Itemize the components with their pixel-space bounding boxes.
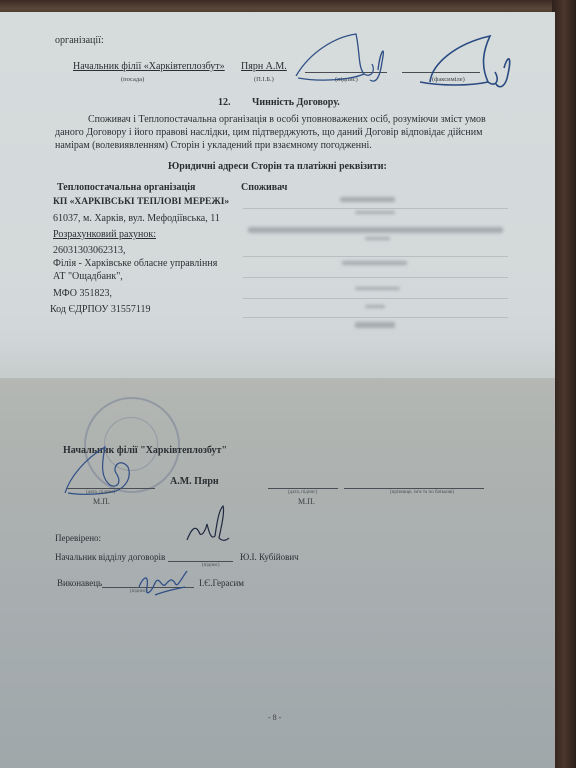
page-number: - 8 - bbox=[268, 714, 281, 722]
header-position: Начальник філії «Харківтеплозбут» bbox=[73, 62, 225, 72]
consumer-name-caption: (прізвище, ім'я та по батькові) bbox=[390, 490, 454, 495]
head-signature-caption: (підпис) bbox=[202, 563, 220, 568]
executor-signature bbox=[135, 567, 195, 602]
supplier-bank-line1: Філія - Харківське обласне управління bbox=[53, 259, 217, 269]
executor-name: І.Є.Герасим bbox=[199, 579, 244, 588]
section-title: Чинність Договору. bbox=[252, 98, 340, 108]
consumer-name-line bbox=[344, 488, 484, 489]
header-name: Пярн А.М. bbox=[241, 62, 287, 72]
supplier-edrpou: Код ЄДРПОУ 31557119 bbox=[50, 305, 151, 315]
supplier-account-label: Розрахунковий рахунок: bbox=[53, 230, 156, 240]
supplier-account-number: 26031303062313, bbox=[53, 246, 126, 256]
caption-name: (П.І.Б.) bbox=[254, 77, 274, 84]
head-signature-line bbox=[168, 561, 233, 562]
addresses-title: Юридичні адреси Сторін та платіжні рекві… bbox=[168, 162, 387, 172]
supplier-date-sign-caption: (дата, підпис) bbox=[86, 490, 115, 495]
supplier-heading: Теплопостачальна організація bbox=[57, 183, 195, 193]
seal-left: М.П. bbox=[93, 498, 110, 506]
checked-label: Перевірено: bbox=[55, 534, 101, 543]
supplier-mfo: МФО 351823, bbox=[53, 289, 112, 299]
section-line-2: даного Договору і його правові наслідки,… bbox=[55, 128, 482, 138]
head-label: Начальник відділу договорів bbox=[55, 553, 165, 562]
document-page: організації: Начальник філії «Харківтепл… bbox=[0, 12, 555, 768]
head-signature bbox=[185, 502, 235, 547]
paper-fold bbox=[0, 377, 555, 768]
section-line-3: намірам (волевиявленням) Сторін і укладе… bbox=[55, 141, 372, 151]
caption-position: (посада) bbox=[121, 77, 144, 84]
supplier-date-sign-line bbox=[67, 488, 155, 489]
executor-label: Виконавець bbox=[57, 579, 102, 588]
section-number: 12. bbox=[218, 98, 231, 108]
signature-handwritten bbox=[290, 22, 400, 92]
supplier-company: КП «ХАРКІВСЬКІ ТЕПЛОВІ МЕРЕЖІ» bbox=[53, 198, 229, 208]
consumer-date-sign-line bbox=[268, 488, 338, 489]
section-line-1: Споживач і Теплопостачальна організація … bbox=[88, 115, 486, 125]
facsimile-signature bbox=[400, 24, 520, 104]
head-name: Ю.І. Кубійович bbox=[240, 553, 299, 562]
organizations-label: організації: bbox=[55, 36, 104, 46]
consumer-date-sign-caption: (дата, підпис) bbox=[288, 490, 317, 495]
consumer-heading: Споживач bbox=[241, 183, 287, 193]
supplier-bank-line2: АТ "Ощадбанк", bbox=[53, 272, 123, 282]
supplier-signatory-name: А.М. Пярн bbox=[170, 477, 219, 487]
seal-right: М.П. bbox=[298, 498, 315, 506]
background-right bbox=[552, 0, 576, 768]
supplier-address: 61037, м. Харків, вул. Мефодіївська, 11 bbox=[53, 214, 220, 224]
